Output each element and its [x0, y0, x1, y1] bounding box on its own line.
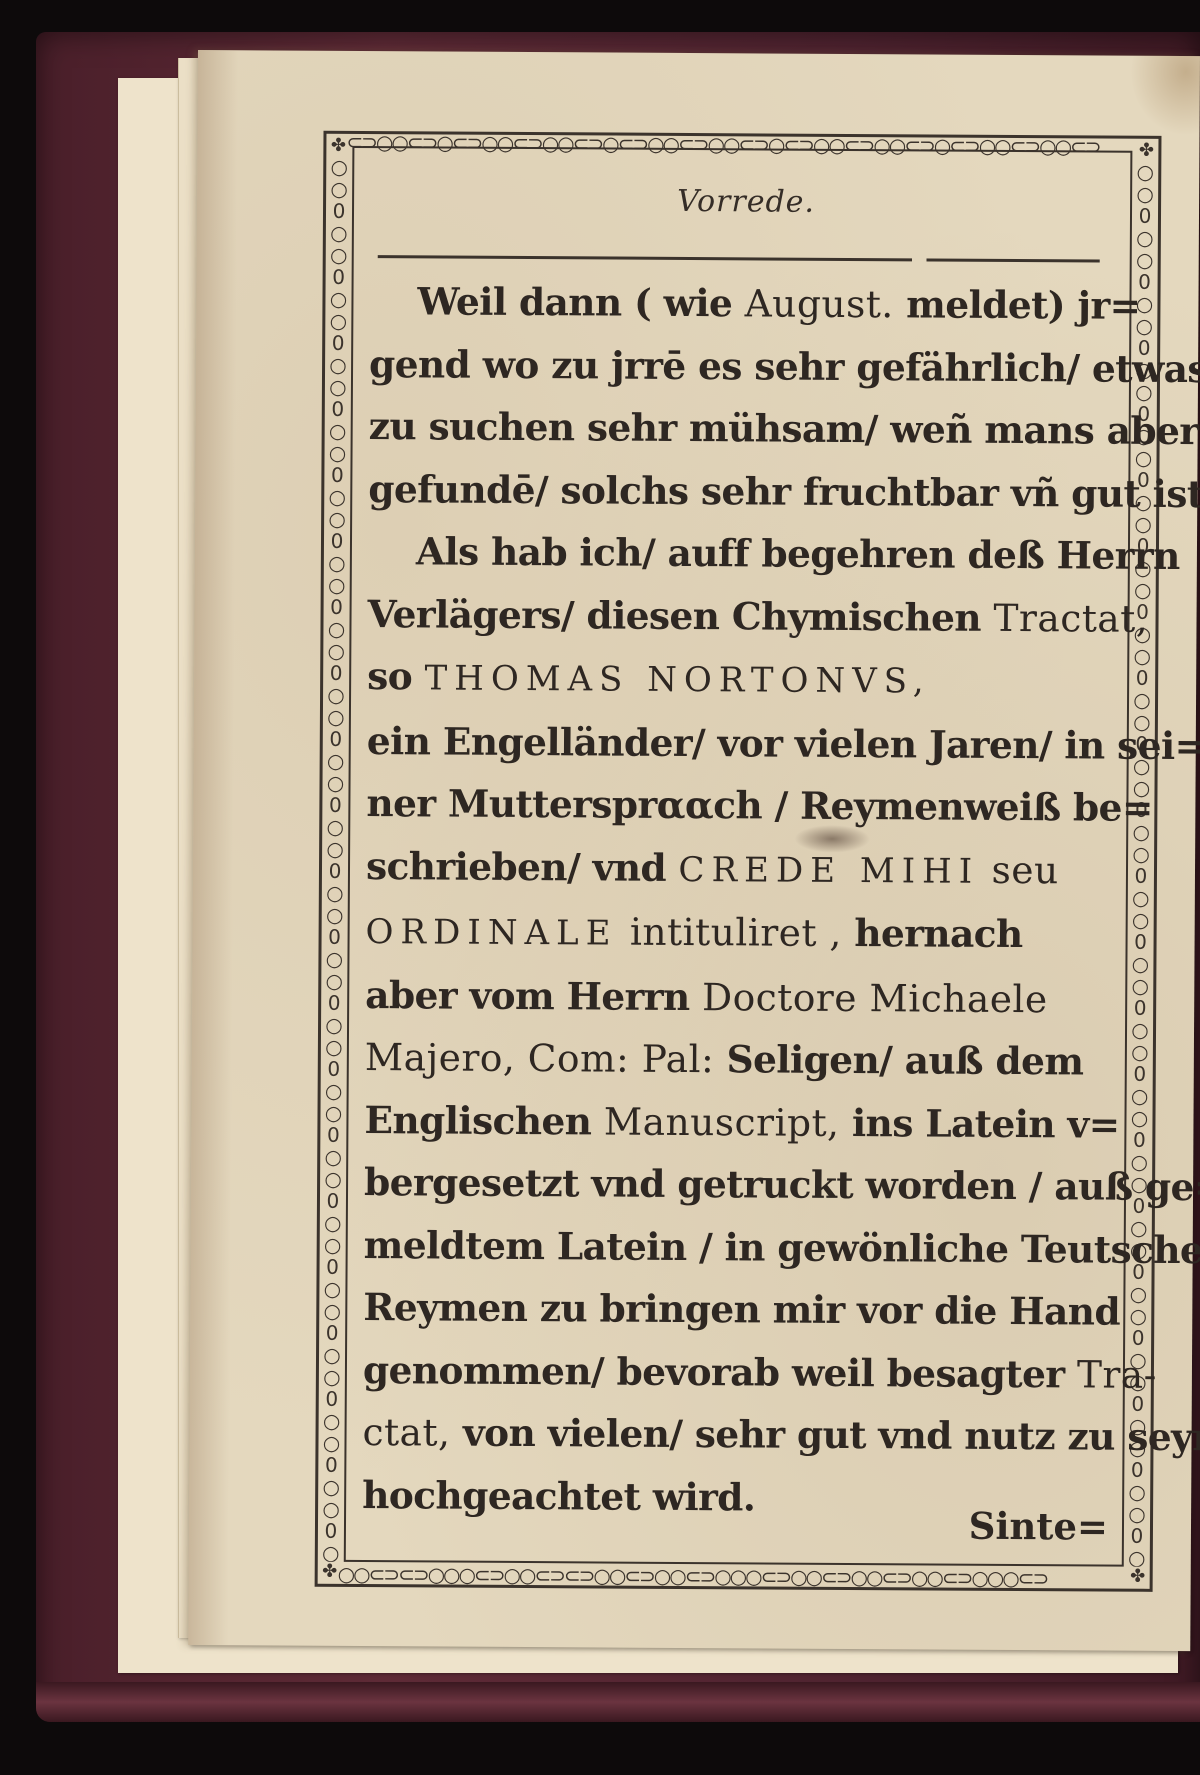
antiqua-text: August. — [745, 281, 894, 326]
antiqua-text: Majero, Com: Pal: — [365, 1035, 727, 1081]
fraktur-text: gefundē/ solchs sehr fruchtbar vñ gut is… — [368, 467, 1200, 516]
printed-page: ⊂⊃○○⊂⊃○⊂⊃○○⊂⊃○○⊂⊃○⊂⊃○○⊂⊃○○⊂⊃○⊂⊃○○⊂⊃○○⊂⊃○… — [188, 50, 1200, 1651]
antiqua-text: Doctore Michaele — [702, 975, 1048, 1021]
text-line: zu suchen sehr mühsam/ weñ mans aber — [369, 395, 1121, 462]
text-line: Reymen zu bringen mir vor die Hand — [363, 1276, 1115, 1343]
fraktur-text: Als hab ich/ auff begehren deß Herrn — [416, 529, 1180, 578]
fraktur-text: schrieben/ vnd — [366, 844, 679, 890]
fraktur-text: meldtem Latein / in gewönliche Teutsche — [364, 1223, 1200, 1272]
text-line: gend wo zu jrrē es sehr gefährlich/ etwa… — [369, 333, 1121, 400]
fraktur-text: hernach — [854, 911, 1023, 956]
antiqua-text: seu — [979, 847, 1059, 891]
fraktur-text: ein Engelländer/ vor vielen Jaren/ in se… — [367, 719, 1200, 768]
running-head: Vorrede. — [370, 182, 1122, 222]
header-rule — [378, 255, 1100, 262]
page-content: Vorrede. Weil dann ( wie August. meldet)… — [362, 164, 1122, 1559]
corner-ornament-icon: ✤ — [326, 134, 350, 158]
fraktur-text: Seligen/ auß dem — [726, 1037, 1083, 1083]
fraktur-text: von vielen/ sehr gut vnd nutz zu seyn — [450, 1411, 1200, 1460]
antiqua-text: ctat, — [362, 1410, 450, 1455]
fraktur-text: zu suchen sehr mühsam/ weñ mans aber — [369, 404, 1199, 453]
antiqua-capitals: CREDE MIHI — [678, 849, 979, 891]
fraktur-text: meldet) jr= — [894, 282, 1141, 328]
text-line: ORDINALE intituliret , hernach — [365, 899, 1117, 968]
fraktur-text: hochgeachtet wird. — [362, 1473, 755, 1519]
fraktur-text: ner Muttersprααch / Reymenweiß be= — [366, 781, 1153, 830]
text-line: Weil dann ( wie August. meldet) jr= — [369, 270, 1121, 337]
text-line: ctat, von vielen/ sehr gut vnd nutz zu s… — [362, 1401, 1114, 1468]
text-line: genommen/ bevorab weil besagter Tra- — [363, 1339, 1115, 1406]
antiqua-text: Tra- — [1077, 1352, 1157, 1396]
fraktur-text: ins Latein v= — [839, 1100, 1119, 1146]
text-line: bergesetzt vnd getruckt worden / auß ge= — [364, 1151, 1116, 1218]
page-gutter-shadow — [188, 50, 238, 1645]
catchword: Sinte= — [969, 1504, 1109, 1549]
antiqua-text: intituliret , — [617, 910, 854, 955]
text-line: Englischen Manuscript, ins Latein v= — [364, 1089, 1116, 1156]
text-line: so THOMAS NORTONVS, — [367, 645, 1119, 714]
text-line: gefundē/ solchs sehr fruchtbar vñ gut is… — [368, 458, 1120, 525]
border-top-chain: ⊂⊃○○⊂⊃○⊂⊃○○⊂⊃○○⊂⊃○⊂⊃○○⊂⊃○○⊂⊃○⊂⊃○○⊂⊃○○⊂⊃○… — [346, 130, 1138, 159]
corner-ornament-icon: ✤ — [318, 1560, 342, 1584]
text-line: Majero, Com: Pal: Seligen/ auß dem — [365, 1026, 1117, 1093]
fraktur-text: gend wo zu jrrē es sehr gefährlich/ etwa… — [369, 342, 1200, 391]
antiqua-text: Tractat, — [993, 595, 1148, 640]
fraktur-text: Weil dann ( wie — [417, 279, 744, 325]
antiqua-text: Manuscript, — [604, 1099, 840, 1144]
fraktur-text: Reymen zu bringen mir vor die Hand — [363, 1285, 1120, 1334]
fraktur-text: Englischen — [364, 1098, 604, 1143]
fraktur-text: genommen/ bevorab weil besagter — [363, 1348, 1077, 1396]
antiqua-capitals: THOMAS NORTONVS, — [424, 658, 930, 701]
fraktur-text: aber vom Herrn — [365, 973, 702, 1019]
ornamental-border: ⊂⊃○○⊂⊃○⊂⊃○○⊂⊃○○⊂⊃○⊂⊃○○⊂⊃○○⊂⊃○⊂⊃○○⊂⊃○○⊂⊃○… — [315, 131, 1162, 1592]
text-line: aber vom Herrn Doctore Michaele — [365, 964, 1117, 1031]
antiqua-capitals: ORDINALE — [365, 912, 617, 954]
text-line: ein Engelländer/ vor vielen Jaren/ in se… — [367, 710, 1119, 777]
page-corner-stain — [1129, 56, 1199, 136]
text-line: Als hab ich/ auff begehren deß Herrn — [368, 520, 1120, 587]
text-line: meldtem Latein / in gewönliche Teutsche — [364, 1214, 1116, 1281]
fraktur-text: Verlägers/ diesen Chymischen — [367, 592, 993, 640]
text-line: Verlägers/ diesen Chymischen Tractat, — [367, 583, 1119, 650]
fraktur-text: bergesetzt vnd getruckt worden / auß ge= — [364, 1160, 1200, 1209]
ink-smudge — [794, 825, 870, 853]
corner-ornament-icon: ✤ — [1126, 1565, 1150, 1589]
fraktur-text: so — [367, 654, 425, 698]
text-line: schrieben/ vnd CREDE MIHI seu — [366, 835, 1118, 904]
corner-ornament-icon: ✤ — [1134, 139, 1158, 163]
border-left-chain: ○○0○○0○○0○○0○○0○○0○○0○○0○○0○○0○○0○○0○○0○… — [318, 156, 353, 1562]
border-bottom-chain: ○○⊂⊃⊂⊃○○○⊂⊃○○⊂⊃⊂⊃○○⊂⊃○○⊂⊃○○○⊂⊃○○⊂⊃○○⊂⊃○○… — [338, 1562, 1130, 1591]
text-line: ner Muttersprααch / Reymenweiß be= — [366, 772, 1118, 839]
body-text: Weil dann ( wie August. meldet) jr=gend … — [362, 270, 1122, 1531]
